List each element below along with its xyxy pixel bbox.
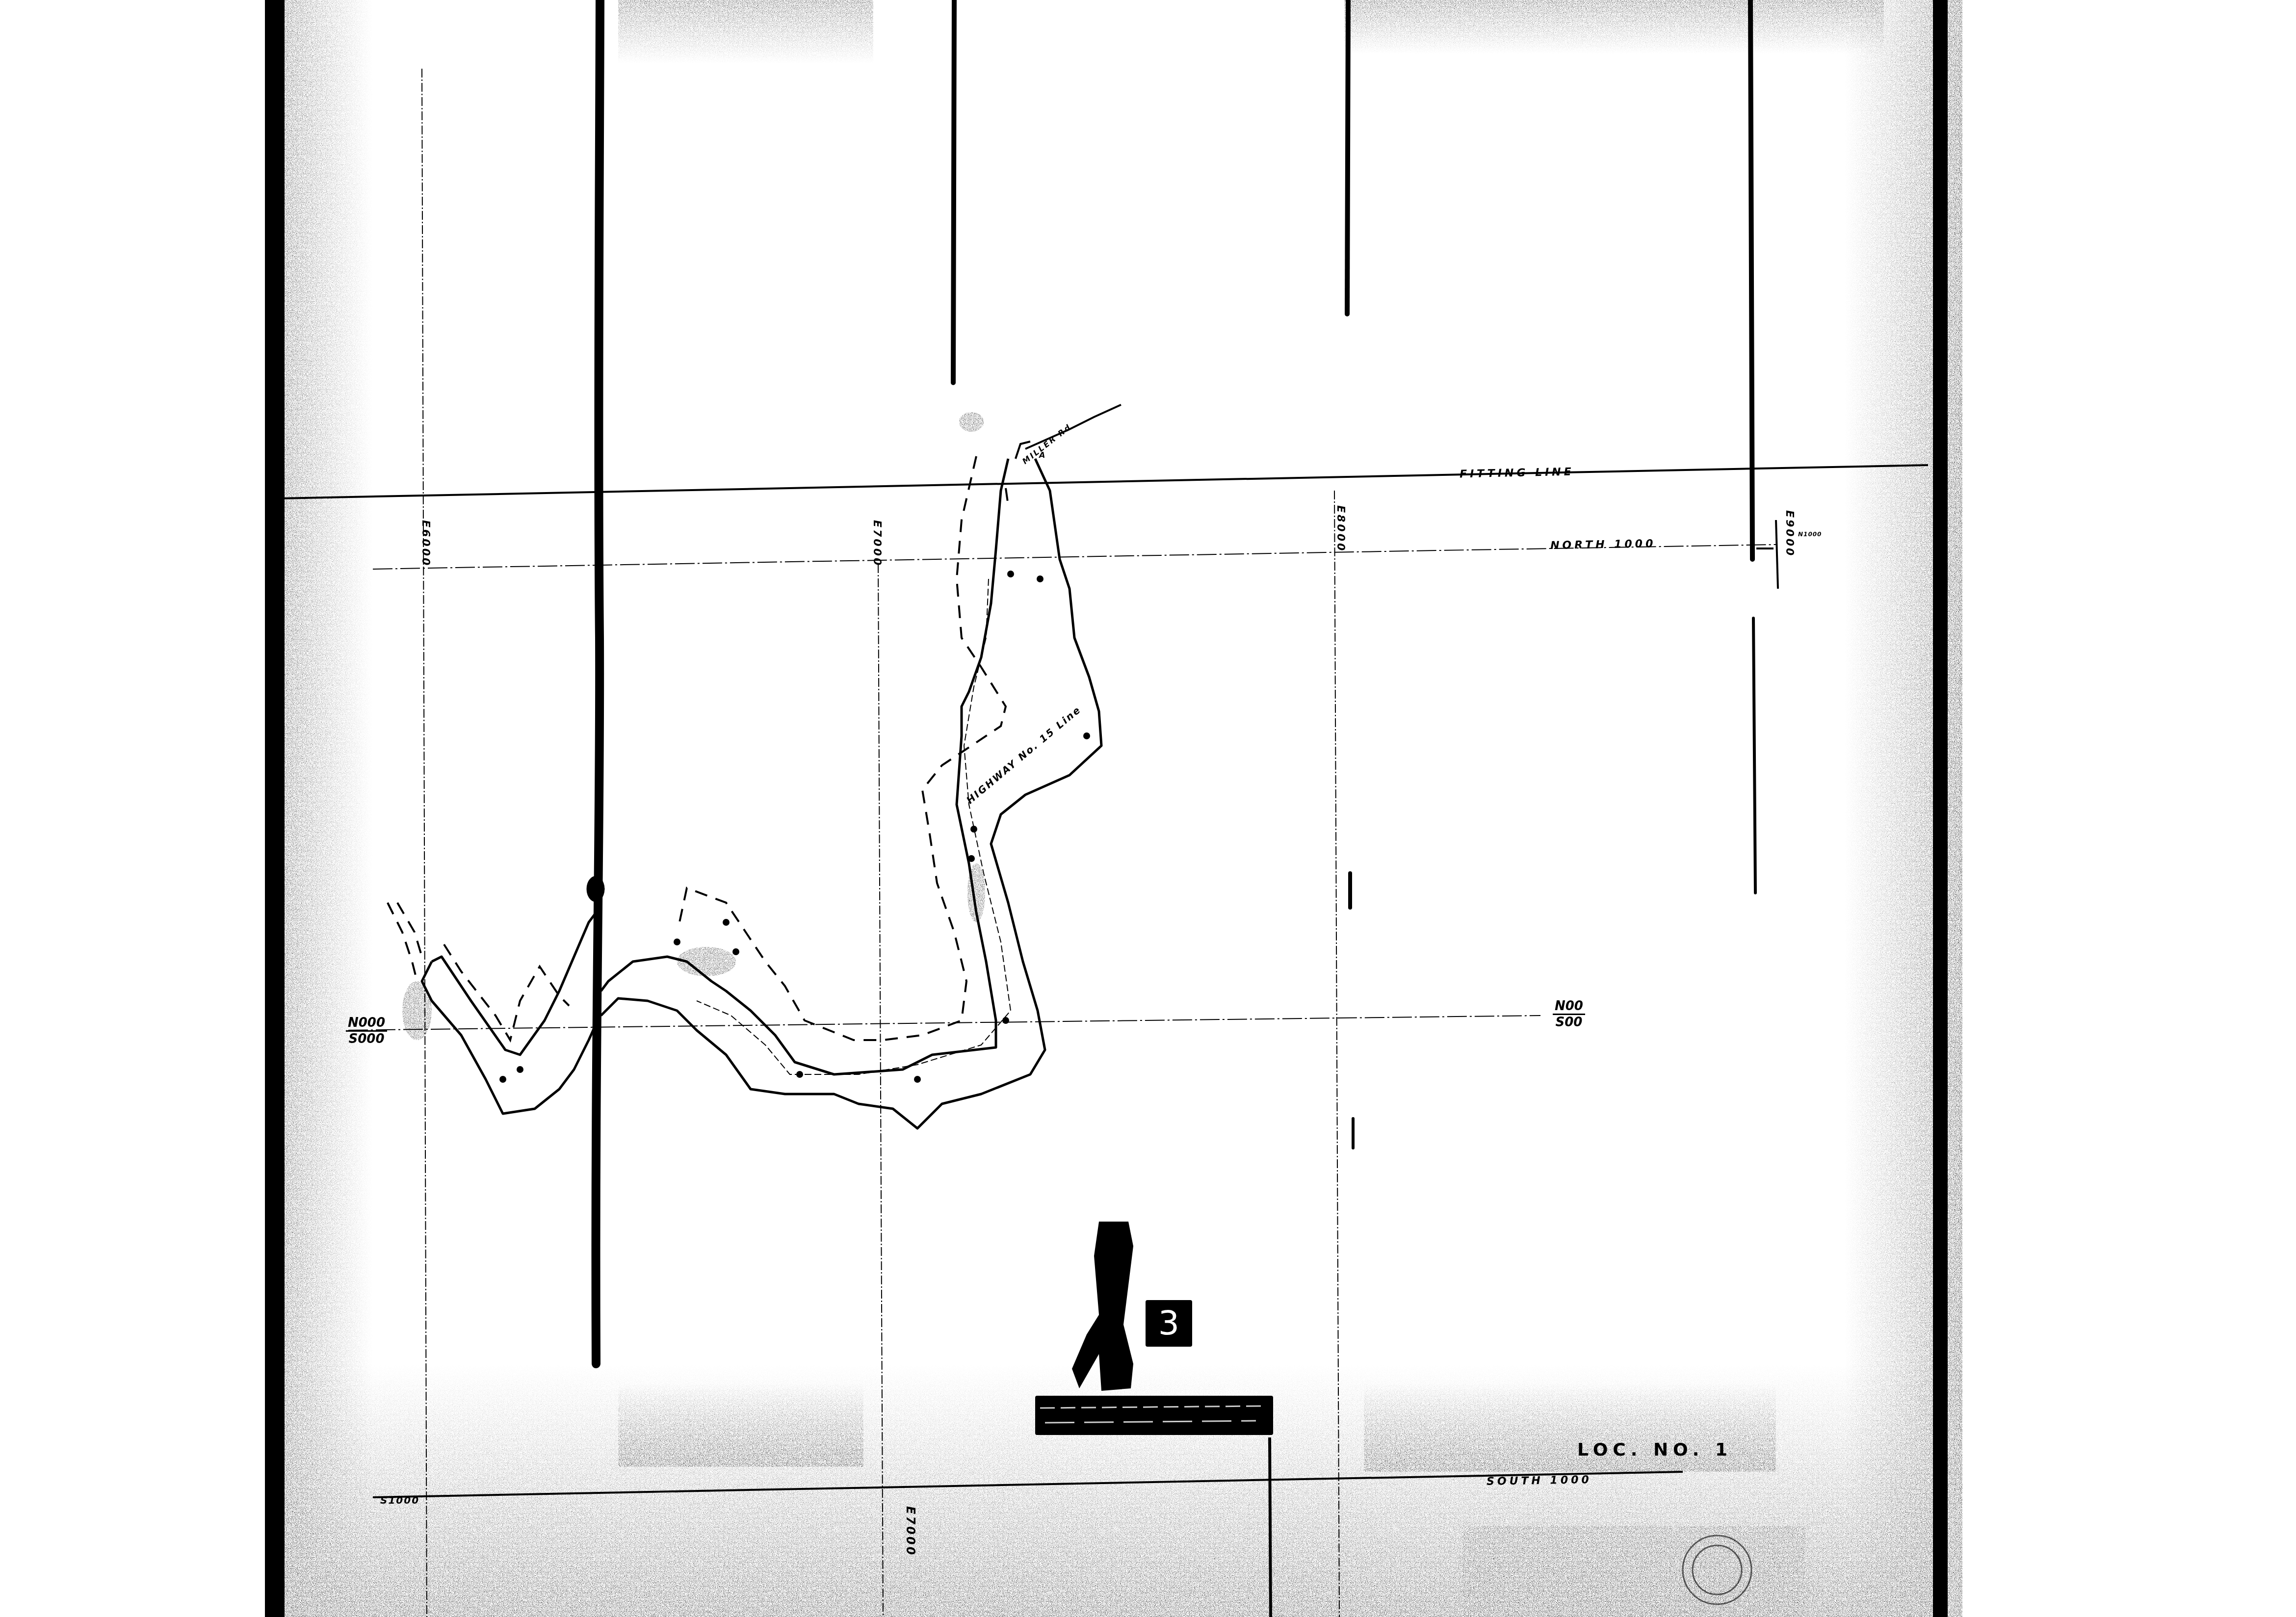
s00-label: S00	[1553, 1015, 1585, 1029]
right-sheet-border	[1933, 0, 1948, 1617]
upper-point-label: A	[1039, 450, 1046, 460]
sheet-title: LOC. NO. 1	[1577, 1440, 1732, 1460]
e7000-label: E7000	[871, 520, 883, 567]
left-sheet-border	[265, 0, 285, 1617]
north-1000-label: NORTH 1000	[1550, 538, 1656, 552]
sheet-number-badge: 3	[1146, 1300, 1192, 1347]
e7000-bottom-label: E7000	[904, 1506, 917, 1557]
e6000-label: E6000	[419, 520, 432, 567]
s000-label: S000	[346, 1032, 387, 1045]
zero-line-right-label: N00 S00	[1553, 1000, 1585, 1029]
n000-label: N000	[346, 1017, 387, 1032]
e8000-label: E8000	[1334, 505, 1347, 552]
e9000-label: E9000	[1783, 510, 1796, 557]
zero-line-left-label: N000 S000	[346, 1017, 387, 1045]
fitting-line-label: FITTING LINE	[1460, 466, 1574, 481]
survey-map-sheet	[0, 0, 2296, 1617]
n1000-right-label: N1000	[1798, 531, 1822, 538]
s1000-left-label: S1000	[380, 1494, 419, 1506]
south-1000-label: SOUTH 1000	[1487, 1474, 1592, 1488]
n00-label: N00	[1553, 1000, 1585, 1015]
